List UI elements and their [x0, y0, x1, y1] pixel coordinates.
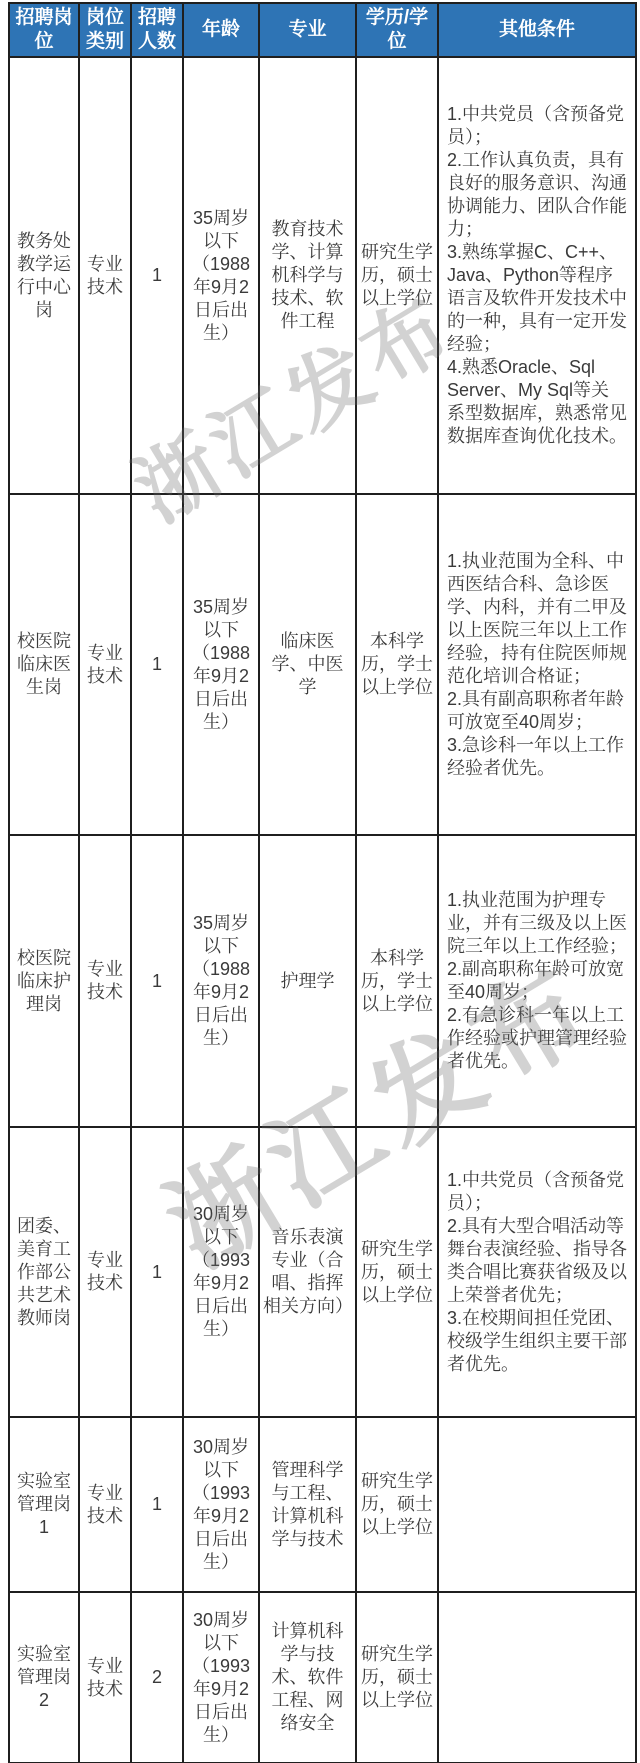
- cell-education: 本科学历，学士以上学位: [356, 835, 438, 1127]
- cell-conditions: 1.执业范围为护理专业，并有三级及以上医院三年以上工作经验； 2.副高职称年龄可…: [438, 835, 636, 1127]
- header-age: 年龄: [183, 3, 259, 57]
- cell-position: 团委、美育工作部公共艺术教师岗: [9, 1127, 79, 1417]
- cell-age: 30周岁以下（1993年9月2日后出生）: [183, 1592, 259, 1763]
- cell-major: 管理科学与工程、计算机科学与技术: [259, 1417, 356, 1592]
- cell-count: 1: [131, 835, 183, 1127]
- cell-conditions: [438, 1592, 636, 1763]
- table-row: 实验室管理岗1 专业技术 1 30周岁以下（1993年9月2日后出生） 管理科学…: [9, 1417, 636, 1592]
- header-major: 专业: [259, 3, 356, 57]
- header-position: 招聘岗位: [9, 3, 79, 57]
- cell-position: 校医院临床医生岗: [9, 494, 79, 835]
- table-row: 实验室管理岗2 专业技术 2 30周岁以下（1993年9月2日后出生） 计算机科…: [9, 1592, 636, 1763]
- cell-category: 专业技术: [79, 57, 131, 494]
- cell-age: 35周岁以下（1988年9月2日后出生）: [183, 57, 259, 494]
- cell-count: 1: [131, 57, 183, 494]
- cell-major: 临床医学、中医学: [259, 494, 356, 835]
- cell-position: 校医院临床护理岗: [9, 835, 79, 1127]
- cell-category: 专业技术: [79, 1417, 131, 1592]
- header-row: 招聘岗位 岗位类别 招聘人数 年龄 专业 学历/学位 其他条件: [9, 3, 636, 57]
- cell-category: 专业技术: [79, 1127, 131, 1417]
- cell-education: 研究生学历，硕士以上学位: [356, 1417, 438, 1592]
- recruitment-table: 招聘岗位 岗位类别 招聘人数 年龄 专业 学历/学位 其他条件 教务处教学运行中…: [8, 2, 637, 1763]
- cell-position: 实验室管理岗1: [9, 1417, 79, 1592]
- header-conditions: 其他条件: [438, 3, 636, 57]
- cell-major: 护理学: [259, 835, 356, 1127]
- cell-conditions: [438, 1417, 636, 1592]
- cell-age: 35周岁以下（1988年9月2日后出生）: [183, 835, 259, 1127]
- table-row: 校医院临床护理岗 专业技术 1 35周岁以下（1988年9月2日后出生） 护理学…: [9, 835, 636, 1127]
- cell-count: 1: [131, 1417, 183, 1592]
- cell-education: 本科学历，学士以上学位: [356, 494, 438, 835]
- cell-age: 30周岁以下（1993年9月2日后出生）: [183, 1127, 259, 1417]
- cell-major: 音乐表演专业（合唱、指挥相关方向）: [259, 1127, 356, 1417]
- cell-age: 30周岁以下（1993年9月2日后出生）: [183, 1417, 259, 1592]
- cell-major: 计算机科学与技术、软件工程、网络安全: [259, 1592, 356, 1763]
- cell-count: 1: [131, 494, 183, 835]
- cell-major: 教育技术学、计算机科学与技术、软件工程: [259, 57, 356, 494]
- cell-position: 教务处教学运行中心岗: [9, 57, 79, 494]
- table-row: 教务处教学运行中心岗 专业技术 1 35周岁以下（1988年9月2日后出生） 教…: [9, 57, 636, 494]
- cell-conditions: 1.执业范围为全科、中西医结合科、急诊医学、内科，并有二甲及以上医院三年以上工作…: [438, 494, 636, 835]
- cell-conditions: 1.中共党员（含预备党员）； 2.具有大型合唱活动等舞台表演经验、指导各类合唱比…: [438, 1127, 636, 1417]
- header-education: 学历/学位: [356, 3, 438, 57]
- cell-position: 实验室管理岗2: [9, 1592, 79, 1763]
- header-count: 招聘人数: [131, 3, 183, 57]
- cell-education: 研究生学历，硕士以上学位: [356, 1592, 438, 1763]
- header-category: 岗位类别: [79, 3, 131, 57]
- cell-education: 研究生学历，硕士以上学位: [356, 1127, 438, 1417]
- cell-count: 1: [131, 1127, 183, 1417]
- table-row: 团委、美育工作部公共艺术教师岗 专业技术 1 30周岁以下（1993年9月2日后…: [9, 1127, 636, 1417]
- page-background: 招聘岗位 岗位类别 招聘人数 年龄 专业 学历/学位 其他条件 教务处教学运行中…: [0, 0, 640, 1763]
- cell-category: 专业技术: [79, 1592, 131, 1763]
- cell-education: 研究生学历，硕士以上学位: [356, 57, 438, 494]
- table-row: 校医院临床医生岗 专业技术 1 35周岁以下（1988年9月2日后出生） 临床医…: [9, 494, 636, 835]
- cell-category: 专业技术: [79, 835, 131, 1127]
- cell-category: 专业技术: [79, 494, 131, 835]
- cell-count: 2: [131, 1592, 183, 1763]
- cell-age: 35周岁以下（1988年9月2日后出生）: [183, 494, 259, 835]
- cell-conditions: 1.中共党员（含预备党员）； 2.工作认真负责，具有良好的服务意识、沟通协调能力…: [438, 57, 636, 494]
